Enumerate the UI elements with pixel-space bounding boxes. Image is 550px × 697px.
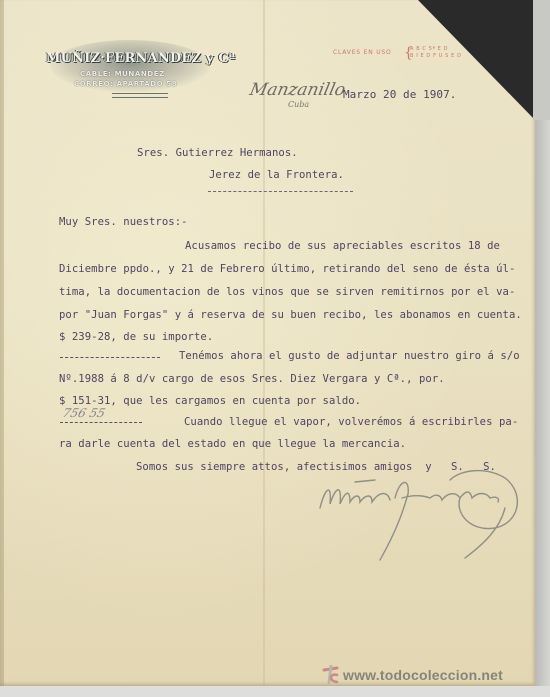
body-line: ra darle cuenta del estado en que llegue… <box>59 438 406 450</box>
watermark: www.todocoleccion.net <box>322 665 503 685</box>
paper-fold-line <box>263 0 265 686</box>
body-line: Diciembre ppdo., y 21 de Febrero último,… <box>59 263 515 275</box>
salutation: Muy Sres. nuestros:- <box>59 216 188 228</box>
codes-list-item: A B C 5ª E D <box>410 46 462 53</box>
recipient-name: Sres. Gutierrez Hermanos. <box>137 147 298 159</box>
signature-scribble-icon <box>300 468 530 568</box>
body-line: por "Juan Forgas" y á reserva de su buen… <box>59 309 522 321</box>
dash-rule <box>60 422 142 423</box>
letterhead-cable: CABLE: MUNANDEZ <box>80 70 165 78</box>
scan-backdrop-bottom <box>0 686 550 697</box>
letter-date: Marzo 20 de 1907. <box>343 88 456 101</box>
letterhead-post: CORREO: APARTADO 58 <box>74 80 177 88</box>
codes-list: A B C 5ª E D B I E D F U S E D <box>410 46 462 60</box>
todocoleccion-logo-icon <box>322 665 340 685</box>
body-line: $ 239-28, de su importe. <box>59 331 213 343</box>
body-line: Nº.1988 á 8 d/v cargo de esos Sres. Diez… <box>59 373 445 385</box>
recipient-city: Jerez de la Frontera. <box>209 169 344 181</box>
body-line: tima, la documentacion de los vinos que … <box>59 286 515 298</box>
letterhead: MUÑIZ·FERNANDEZ y Cª CABLE: MUNANDEZ COR… <box>40 38 220 98</box>
dash-rule <box>60 357 160 358</box>
codes-label: CLAVES EN USO <box>333 49 392 56</box>
letterhead-company: MUÑIZ·FERNANDEZ y Cª <box>46 51 235 66</box>
folded-corner <box>418 0 535 120</box>
watermark-text: www.todocoleccion.net <box>343 667 503 683</box>
body-line: Tenémos ahora el gusto de adjuntar nuest… <box>179 350 520 362</box>
address-rule <box>208 191 353 192</box>
body-line: Acusamos recibo de sus apreciables escri… <box>185 240 500 252</box>
letter-paper: MUÑIZ·FERNANDEZ y Cª CABLE: MUNANDEZ COR… <box>0 0 535 686</box>
place-sub: Cuba <box>288 100 309 109</box>
paper-left-edge <box>0 0 4 686</box>
letterhead-flourish <box>112 93 168 98</box>
body-line: Cuando llegue el vapor, volverémos á esc… <box>184 416 518 428</box>
codes-list-item: B I E D F U S E D <box>410 53 462 60</box>
scan-backdrop-corner <box>533 0 550 120</box>
handwritten-note: 756 55 <box>61 406 107 420</box>
place-handwritten: Manzanillo <box>248 80 347 100</box>
